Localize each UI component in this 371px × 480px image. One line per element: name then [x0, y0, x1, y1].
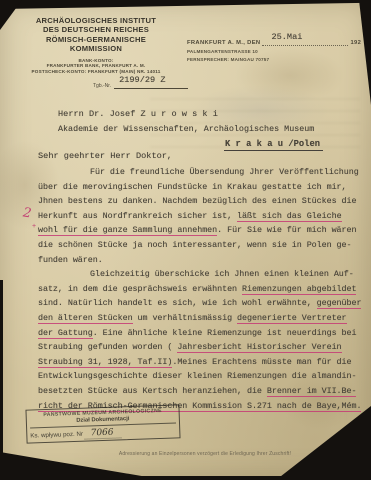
salutation: Sehr geehrter Herr Doktor,: [38, 151, 172, 161]
body-text-segment: . Eine ähnliche kleine Riemenzunge ist n…: [93, 328, 357, 338]
date-value: 25.Mai: [262, 32, 302, 42]
body-line: Straubing 31, 1928, Taf.II).Meines Erach…: [38, 355, 364, 370]
red-underlined-segment: der Gattung: [38, 328, 93, 339]
body-line: der Gattung. Eine ähnliche kleine Riemen…: [38, 326, 364, 341]
body-line: den älteren Stücken um verhältnismässig …: [38, 311, 364, 326]
letter-page: ARCHÄOLOGISCHES INSTITUT DES DEUTSCHEN R…: [0, 0, 371, 480]
recipient-city: K r a k a u /Polen: [224, 139, 323, 151]
scan-background: ARCHÄOLOGISCHES INSTITUT DES DEUTSCHEN R…: [0, 0, 371, 480]
red-margin-number: 2: [22, 205, 33, 221]
letterhead: ARCHÄOLOGISCHES INSTITUT DES DEUTSCHEN R…: [22, 16, 170, 75]
body-line: funden wären.: [38, 253, 364, 268]
archive-stamp: PAŃSTWOWE MUZEUM ARCHEOLOGICZNE Dział Do…: [25, 404, 180, 443]
body-line: besetzten Stücke aus Kertsch heranziehen…: [38, 384, 364, 399]
stamp-register-number: 7066: [84, 427, 121, 439]
body-line: die schönen Stücke ja noch interessanter…: [38, 238, 364, 253]
body-text-segment: Straubing gefunden worden (: [38, 342, 177, 352]
scan-corner-bottom-right: [276, 406, 371, 480]
red-underlined-segment: läßt sich das Gleiche: [237, 211, 342, 222]
letterhead-institute: ARCHÄOLOGISCHES INSTITUT: [22, 16, 170, 25]
body-line: Straubing gefunden worden ( Jahresberich…: [38, 340, 364, 355]
red-underlined-segment: den älteren Stücken: [38, 313, 133, 324]
body-text-segment: Für die freundliche Übersendung Jhrer Ve…: [90, 167, 359, 177]
date-year-label: 192: [350, 40, 361, 46]
red-underlined-segment: wohl für die ganze Sammlung annehmen: [38, 225, 217, 236]
letter-body: Für die freundliche Übersendung Jhrer Ve…: [38, 165, 364, 413]
body-line: satz, in dem die gesprächsweis erwähnten…: [38, 282, 364, 297]
letterhead-phone: FERNSPRECHER: MAINGAU 70757: [187, 57, 371, 63]
body-text-segment: satz, in dem die gesprächsweis erwähnten: [38, 284, 242, 294]
red-underlined-segment: degenerierte Vertreter: [237, 313, 346, 324]
scan-corner-top-left: [0, 0, 22, 30]
body-text-segment: sind. Natürlich handelt es sich, wie ich…: [38, 298, 317, 308]
journal-number-line: 2199/29 Z: [114, 70, 188, 89]
date-year-digit: 9.: [361, 33, 371, 43]
letterhead-street: PALMENGARTENSTRASSE 10: [187, 49, 371, 55]
date-city-label: FRANKFURT A. M., DEN: [187, 40, 260, 46]
body-text-segment: die schönen Stücke ja noch interessanter…: [38, 240, 351, 250]
body-line: sind. Natürlich handelt es sich, wie ich…: [38, 296, 364, 311]
body-line: Gleichzeitig überschicke ich Jhnen einen…: [38, 267, 364, 282]
body-line: Für die freundliche Übersendung Jhrer Ve…: [38, 165, 364, 180]
body-text-segment: besetzten Stücke aus Kertsch heranziehen…: [38, 386, 267, 396]
body-line: über die merovingischen Fundstücke in Kr…: [38, 180, 364, 195]
journal-number-row: Tgb.-Nr.2199/29 Z: [93, 70, 188, 89]
body-text-segment: Gleichzeitig überschicke ich Jhnen einen…: [90, 269, 354, 279]
scan-edge-top: [0, 0, 371, 9]
red-underlined-segment: Riemenzungen abgebildet: [242, 284, 356, 295]
body-line: Jhnen bestens zu danken. Nachdem bezügli…: [38, 194, 364, 209]
stamp-register-label: Ks. wpływu poz. Nr: [30, 431, 83, 440]
recipient-name: Herrn Dr. Josef Z u r o w s k i: [58, 109, 218, 119]
printed-footer-note: Adressierung an Einzelpersonen verzögert…: [98, 451, 312, 457]
body-line: Herkunft aus Nordfrankreich sicher ist, …: [38, 209, 364, 224]
body-text-segment: Herkunft aus Nordfrankreich sicher ist,: [38, 211, 237, 221]
journal-number-label: Tgb.-Nr.: [93, 83, 111, 89]
journal-number-value: 2199/29 Z: [114, 75, 165, 85]
body-line: wohl für die ganze Sammlung annehmen. Fü…: [38, 223, 364, 238]
body-text-segment: Entwicklungsgeschichte dieser kleinen Ri…: [38, 371, 356, 381]
scan-edge-bottom: [0, 476, 371, 480]
body-text-segment: . Für Sie wie für mich wären: [217, 225, 356, 235]
date-line: 25.Mai: [262, 27, 348, 46]
scan-edge-left: [0, 280, 3, 480]
red-margin-plus: +: [32, 223, 36, 230]
body-text-segment: über die merovingischen Fundstücke in Kr…: [38, 182, 347, 192]
red-underlined-segment: Straubing 31, 1928, Taf.II): [38, 357, 172, 368]
body-text-segment: um verhältnismässig: [133, 313, 238, 323]
letterhead-reich: DES DEUTSCHEN REICHES: [22, 25, 170, 34]
red-underlined-segment: Jahresbericht Historischer Verein: [177, 342, 341, 353]
letterhead-kommission: RÖMISCH-GERMANISCHE KOMMISSION: [22, 35, 170, 54]
red-underlined-segment: Brenner im VII.Be-: [267, 386, 357, 397]
recipient-institution: Akademie der Wissenschaften, Archäologis…: [58, 124, 314, 134]
body-text-segment: .Meines Erachtens müsste man für die: [172, 357, 351, 367]
red-underlined-segment: gegenüber: [317, 298, 362, 309]
body-text-segment: funden wären.: [38, 255, 103, 265]
body-text-segment: Jhnen bestens zu danken. Nachdem bezügli…: [38, 196, 356, 206]
date-block: FRANKFURT A. M., DEN25.Mai1929. PALMENGA…: [187, 27, 371, 63]
body-line: Entwicklungsgeschichte dieser kleinen Ri…: [38, 369, 364, 384]
